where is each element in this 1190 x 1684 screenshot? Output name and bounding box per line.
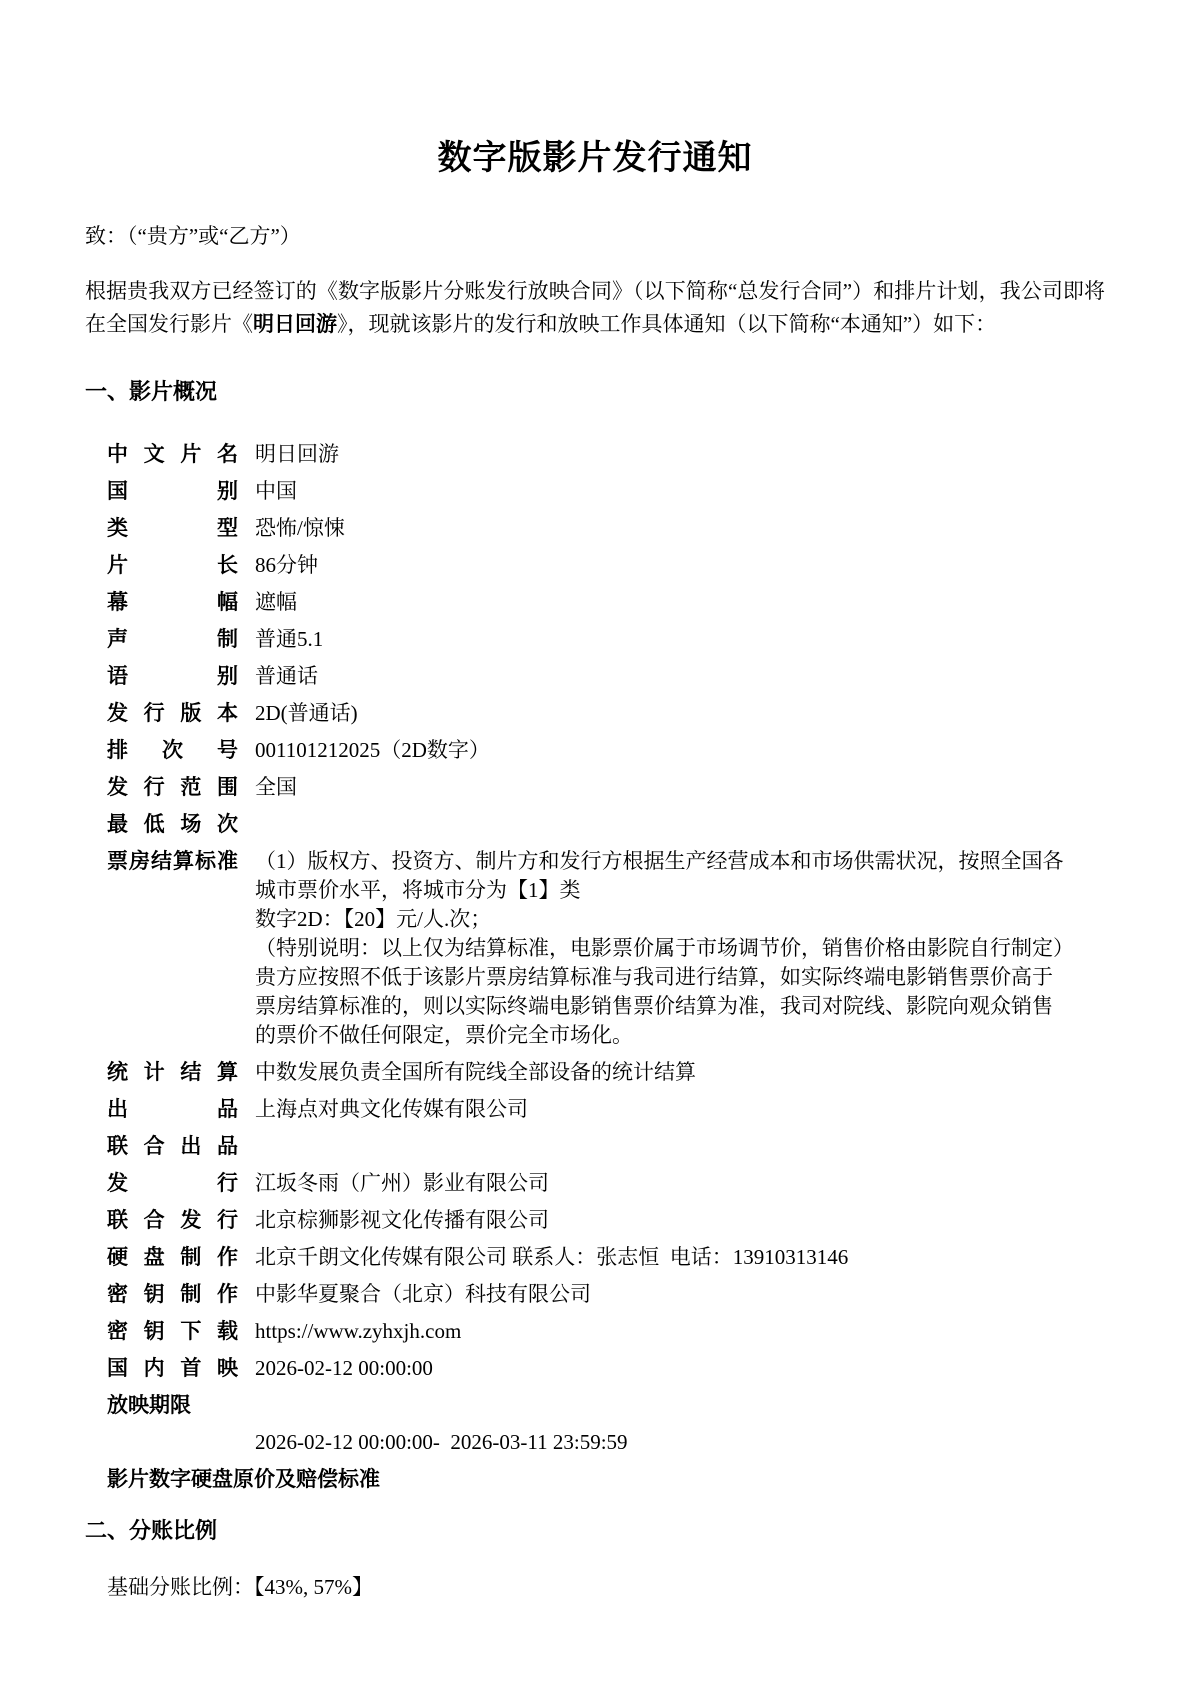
info-label: 国内首映 — [107, 1354, 238, 1383]
info-row: 最低场次 — [107, 810, 1105, 839]
info-label: 出品 — [107, 1095, 238, 1124]
info-value: 2D(普通话) — [255, 699, 1105, 728]
info-label: 票房结算标准 — [107, 847, 238, 1050]
info-label: 硬盘制作 — [107, 1243, 238, 1272]
info-row: 幕幅 遮幅 — [107, 588, 1105, 617]
info-value: 明日回游 — [255, 440, 1105, 469]
page-title: 数字版影片发行通知 — [85, 0, 1105, 176]
info-value: 恐怖/惊悚 — [255, 514, 1105, 543]
info-row: 国内首映 2026-02-12 00:00:00 — [107, 1354, 1105, 1383]
info-row: 密钥下载 https://www.zyhxjh.com — [107, 1317, 1105, 1346]
info-value: 江坂冬雨（广州）影业有限公司 — [255, 1169, 1105, 1198]
info-label: 幕幅 — [107, 588, 238, 617]
info-label: 联合出品 — [107, 1132, 238, 1161]
intro-text-after: 》，现就该影片的发行和放映工作具体通知（以下简称“本通知”）如下： — [337, 312, 996, 336]
screening-period-label: 放映期限 — [107, 1391, 1105, 1420]
info-row: 片长 86分钟 — [107, 551, 1105, 580]
intro-paragraph: 根据贵我双方已经签订的《数字版影片分账发行放映合同》（以下简称“总发行合同”）和… — [85, 275, 1105, 341]
info-label: 中文片名 — [107, 440, 238, 469]
info-label: 密钥下载 — [107, 1317, 238, 1346]
info-label: 统计结算 — [107, 1058, 238, 1087]
info-value: 普通5.1 — [255, 625, 1105, 654]
info-row: 硬盘制作 北京千朗文化传媒有限公司 联系人：张志恒 电话：13910313146 — [107, 1243, 1105, 1272]
info-row: 联合发行 北京棕狮影视文化传播有限公司 — [107, 1206, 1105, 1235]
info-label: 片长 — [107, 551, 238, 580]
info-value: 001101212025（2D数字） — [255, 736, 1105, 765]
screening-period-row: 放映期限 2026-02-12 00:00:00- 2026-03-11 23:… — [107, 1391, 1105, 1457]
info-value: （1）版权方、投资方、制片方和发行方根据生产经营成本和市场供需状况，按照全国各 … — [255, 847, 1105, 1050]
info-label: 密钥制作 — [107, 1280, 238, 1309]
section-1-heading: 一、影片概况 — [85, 377, 1105, 406]
info-row: 出品 上海点对典文化传媒有限公司 — [107, 1095, 1105, 1124]
info-label: 最低场次 — [107, 810, 238, 839]
info-value: 全国 — [255, 773, 1105, 802]
info-label: 发行版本 — [107, 699, 238, 728]
info-row: 密钥制作 中影华夏聚合（北京）科技有限公司 — [107, 1280, 1105, 1309]
info-value: 遮幅 — [255, 588, 1105, 617]
info-value — [255, 1132, 1105, 1161]
info-row: 声制 普通5.1 — [107, 625, 1105, 654]
info-value: 北京棕狮影视文化传播有限公司 — [255, 1206, 1105, 1235]
info-label: 联合发行 — [107, 1206, 238, 1235]
film-info-list: 中文片名 明日回游 国别 中国 类型 恐怖/惊悚 片长 86分钟 幕幅 遮幅 声… — [107, 440, 1105, 1494]
info-label: 语别 — [107, 662, 238, 691]
info-label: 发行范围 — [107, 773, 238, 802]
info-row: 发行 江坂冬雨（广州）影业有限公司 — [107, 1169, 1105, 1198]
film-title-bold: 明日回游 — [253, 312, 337, 336]
info-row: 统计结算 中数发展负责全国所有院线全部设备的统计结算 — [107, 1058, 1105, 1087]
info-value: 上海点对典文化传媒有限公司 — [255, 1095, 1105, 1124]
info-row: 类型 恐怖/惊悚 — [107, 514, 1105, 543]
info-label: 类型 — [107, 514, 238, 543]
info-label: 排次号 — [107, 736, 238, 765]
section-2-heading: 二、分账比例 — [85, 1516, 1105, 1545]
info-row: 联合出品 — [107, 1132, 1105, 1161]
document-page: 数字版影片发行通知 致：（“贵方”或“乙方”） 根据贵我双方已经签订的《数字版影… — [0, 0, 1190, 1602]
info-row: 语别 普通话 — [107, 662, 1105, 691]
info-label: 国别 — [107, 477, 238, 506]
salutation-line: 致：（“贵方”或“乙方”） — [85, 222, 1105, 251]
screening-period-value: 2026-02-12 00:00:00- 2026-03-11 23:59:59 — [255, 1428, 1105, 1457]
info-value: 86分钟 — [255, 551, 1105, 580]
info-value: 普通话 — [255, 662, 1105, 691]
info-row: 中文片名 明日回游 — [107, 440, 1105, 469]
info-value: 中国 — [255, 477, 1105, 506]
info-label: 声制 — [107, 625, 238, 654]
info-value: 中数发展负责全国所有院线全部设备的统计结算 — [255, 1058, 1105, 1087]
info-value — [255, 810, 1105, 839]
info-value: 2026-02-12 00:00:00 — [255, 1354, 1105, 1383]
info-value: 中影华夏聚合（北京）科技有限公司 — [255, 1280, 1105, 1309]
info-row: 国别 中国 — [107, 477, 1105, 506]
info-label: 发行 — [107, 1169, 238, 1198]
base-ratio-line: 基础分账比例：【43%, 57%】 — [107, 1573, 1105, 1602]
info-value: 北京千朗文化传媒有限公司 联系人：张志恒 电话：13910313146 — [255, 1243, 1105, 1272]
info-row: 票房结算标准 （1）版权方、投资方、制片方和发行方根据生产经营成本和市场供需状况… — [107, 847, 1105, 1050]
hdd-price-heading: 影片数字硬盘原价及赔偿标准 — [107, 1465, 1105, 1494]
info-row: 发行范围 全国 — [107, 773, 1105, 802]
info-value: https://www.zyhxjh.com — [255, 1317, 1105, 1346]
info-row: 排次号 001101212025（2D数字） — [107, 736, 1105, 765]
info-row: 发行版本 2D(普通话) — [107, 699, 1105, 728]
